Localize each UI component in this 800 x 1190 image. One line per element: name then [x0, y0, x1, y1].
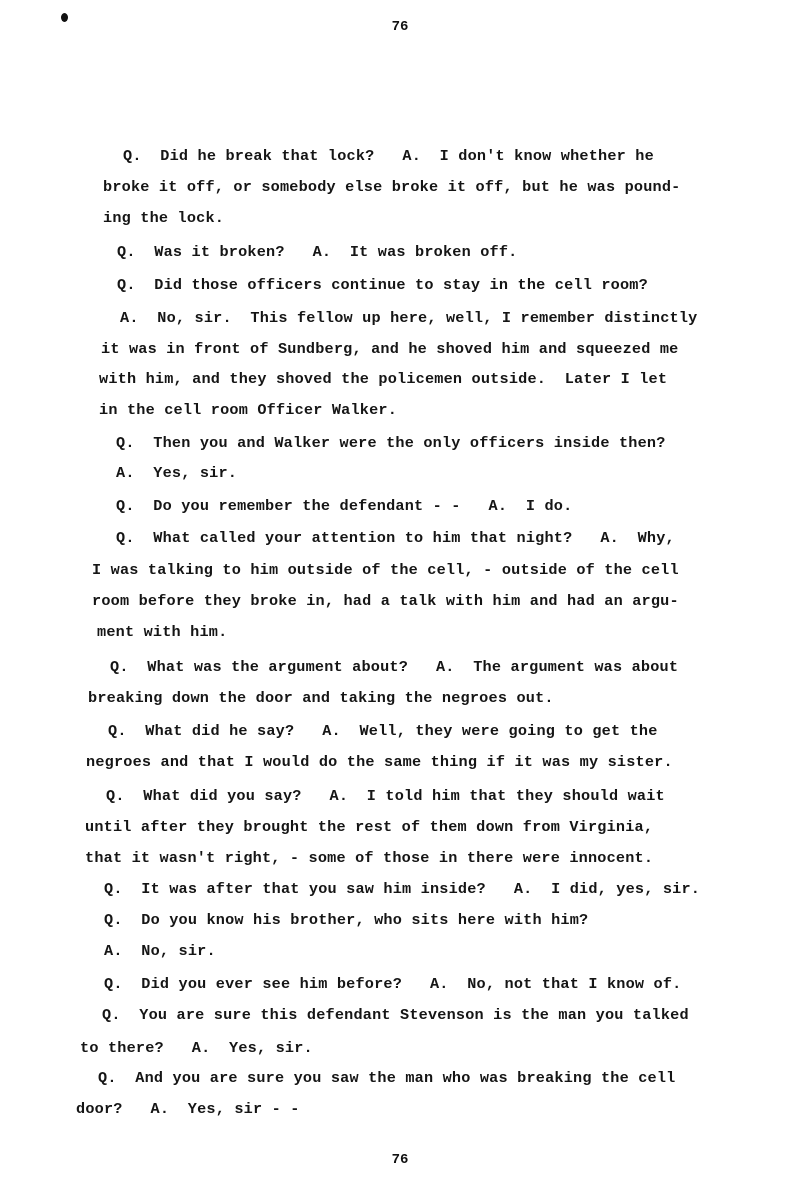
transcript-line: A. Yes, sir. [116, 464, 237, 482]
page-number-top: 76 [0, 19, 800, 35]
transcript-line: Q. Then you and Walker were the only off… [116, 434, 666, 452]
page-number-bottom: 76 [0, 1152, 800, 1168]
transcript-line: Q. What called your attention to him tha… [116, 529, 675, 547]
transcript-line: Q. And you are sure you saw the man who … [98, 1069, 675, 1087]
transcript-line: Q. What did he say? A. Well, they were g… [108, 722, 658, 740]
transcript-line: Q. Do you remember the defendant - - A. … [116, 497, 572, 515]
transcript-line: with him, and they shoved the policemen … [99, 370, 667, 388]
transcript-line: Q. It was after that you saw him inside?… [104, 880, 700, 898]
transcript-line: Q. You are sure this defendant Stevenson… [102, 1006, 689, 1024]
transcript-line: broke it off, or somebody else broke it … [103, 178, 680, 196]
transcript-line: in the cell room Officer Walker. [99, 401, 397, 419]
transcript-line: Q. What was the argument about? A. The a… [110, 658, 678, 676]
transcript-line: Q. Was it broken? A. It was broken off. [117, 243, 518, 261]
transcript-line: I was talking to him outside of the cell… [92, 561, 679, 579]
transcript-line: Q. Did he break that lock? A. I don't kn… [123, 147, 654, 165]
transcript-line: until after they brought the rest of the… [85, 818, 653, 836]
transcript-line: ment with him. [97, 623, 227, 641]
transcript-line: breaking down the door and taking the ne… [88, 689, 554, 707]
transcript-line: Q. Did you ever see him before? A. No, n… [104, 975, 681, 993]
transcript-line: negroes and that I would do the same thi… [86, 753, 673, 771]
transcript-line: A. No, sir. [104, 942, 216, 960]
transcript-line: that it wasn't right, - some of those in… [85, 849, 653, 867]
transcript-line: it was in front of Sundberg, and he shov… [101, 340, 678, 358]
transcript-line: to there? A. Yes, sir. [80, 1039, 313, 1057]
transcript-line: room before they broke in, had a talk wi… [92, 592, 679, 610]
transcript-line: Q. Did those officers continue to stay i… [117, 276, 648, 294]
transcript-line: ing the lock. [103, 209, 224, 227]
document-page: 76 Q. Did he break that lock? A. I don't… [0, 0, 800, 1190]
transcript-line: Q. What did you say? A. I told him that … [106, 787, 665, 805]
transcript-line: A. No, sir. This fellow up here, well, I… [120, 309, 697, 327]
transcript-line: door? A. Yes, sir - - [76, 1100, 300, 1118]
transcript-line: Q. Do you know his brother, who sits her… [104, 911, 588, 929]
